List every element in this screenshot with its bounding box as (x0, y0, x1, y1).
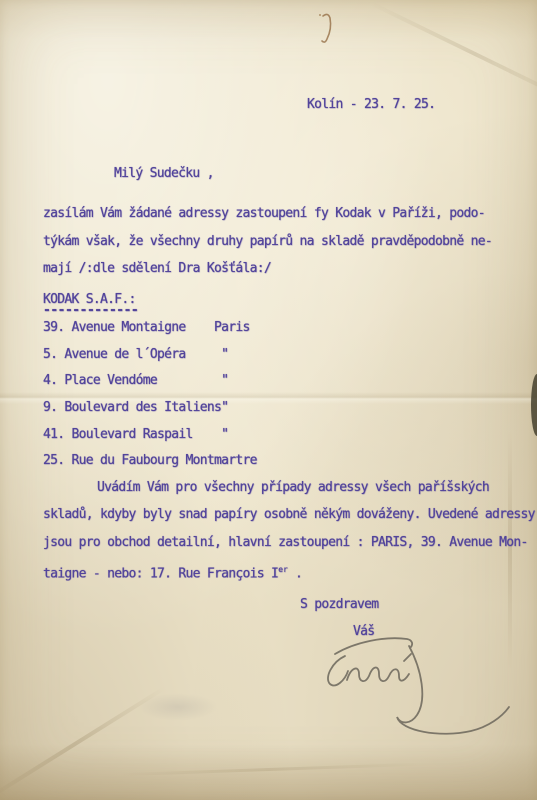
paper-crease-top-right (371, 2, 537, 106)
para2-line2: skladů, kdyby byly snad papíry osobně ně… (43, 506, 535, 524)
date-line: Kolín - 23. 7. 25. (307, 96, 435, 114)
paper-edge-notch (531, 374, 537, 436)
ink-stain (315, 12, 335, 46)
address-row: 4. Place Vendóme " (43, 372, 228, 390)
address-row: 41. Boulevard Raspail " (43, 426, 228, 444)
para2-line4-text: taigne - nebo: 17. Rue François I (43, 566, 278, 581)
para2-line4: taigne - nebo: 17. Rue François Ier . (43, 561, 302, 583)
para1-line2: týkám však, že všechny druhy papírů na s… (43, 233, 492, 251)
paper-crease-bottom (120, 763, 420, 776)
address-row: 5. Avenue de l´Opéra " (43, 346, 228, 364)
closing: S pozdravem (300, 596, 378, 614)
address-row: 9. Boulevard des Italiens" (43, 399, 228, 417)
address-row: 39. Avenue Montaigne Paris (43, 319, 250, 337)
address-row: 25. Rue du Faubourg Montmartre (43, 452, 257, 470)
pencil-smudge (138, 693, 218, 721)
para2-line4-end: . (288, 566, 302, 581)
para2-line3: jsou pro obchod detailní, hlavní zastoup… (43, 534, 528, 552)
salutation: Milý Sudečku , (114, 165, 214, 183)
superscript-er: er (278, 565, 288, 574)
handwritten-signature (305, 628, 515, 743)
para1-line1: zasílám Vám žádané adressy zastoupení fy… (43, 205, 485, 223)
letter-paper: Kolín - 23. 7. 25. Milý Sudečku , zasílá… (0, 0, 537, 800)
kodak-heading-underline: ------------- (43, 302, 138, 320)
para2-line1: Uvádím Vám pro všechny případy adressy v… (97, 479, 489, 497)
para1-line3: mají /:dle sdělení Dra Košťála:/ (43, 260, 271, 278)
